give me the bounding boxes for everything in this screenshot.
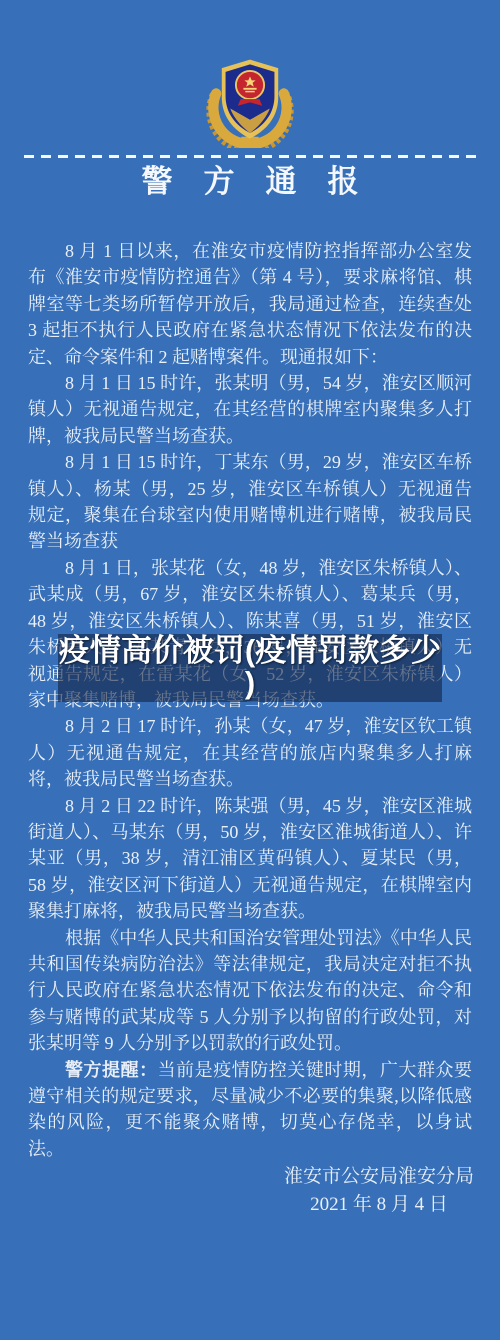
notice-paragraph-penalty: 根据《中华人民共和国治安管理处罚法》《中华人民共和国传染病防治法》等法律规定，我… — [28, 925, 472, 1057]
notice-paragraph-case1: 8 月 1 日 15 时许，张某明（男，54 岁，淮安区顺河镇人）无视通告规定，… — [28, 370, 472, 449]
signature-agency: 淮安市公安局淮安分局 — [284, 1163, 474, 1191]
police-reminder-paragraph: 警方提醒：当前是疫情防控关键时期，广大群众要遵守相关的规定要求，尽量减少不必要的… — [28, 1057, 472, 1163]
notice-paragraph-case4: 8 月 2 日 17 时许，孙某（女，47 岁，淮安区钦工镇人）无视通告规定，在… — [28, 713, 472, 792]
headline-overlay: 疫情高价被罚(疫情罚款多少 ) — [58, 634, 442, 702]
headline-line1: 疫情高价被罚(疫情罚款多少 — [58, 635, 442, 667]
notice-title: 警方通报 — [0, 163, 500, 201]
police-notice-poster: 警方通报 8 月 1 日以来，在淮安市疫情防控指挥部办公室发布《淮安市疫情防控通… — [0, 0, 500, 1340]
headline-line2: ) — [58, 667, 442, 699]
notice-paragraph-intro: 8 月 1 日以来，在淮安市疫情防控指挥部办公室发布《淮安市疫情防控通告》（第 … — [28, 238, 472, 370]
police-badge-icon — [203, 54, 297, 148]
notice-paragraph-case2: 8 月 1 日 15 时许，丁某东（男，29 岁，淮安区车桥镇人）、杨某（男，2… — [28, 449, 472, 555]
dashed-divider — [24, 155, 476, 158]
reminder-label: 警方提醒： — [65, 1060, 158, 1080]
signature-date: 2021 年 8 月 4 日 — [284, 1191, 474, 1219]
notice-paragraph-case5: 8 月 2 日 22 时许，陈某强（男，45 岁，淮安区淮城街道人）、马某东（男… — [28, 793, 472, 925]
signature-block: 淮安市公安局淮安分局 2021 年 8 月 4 日 — [284, 1163, 474, 1219]
